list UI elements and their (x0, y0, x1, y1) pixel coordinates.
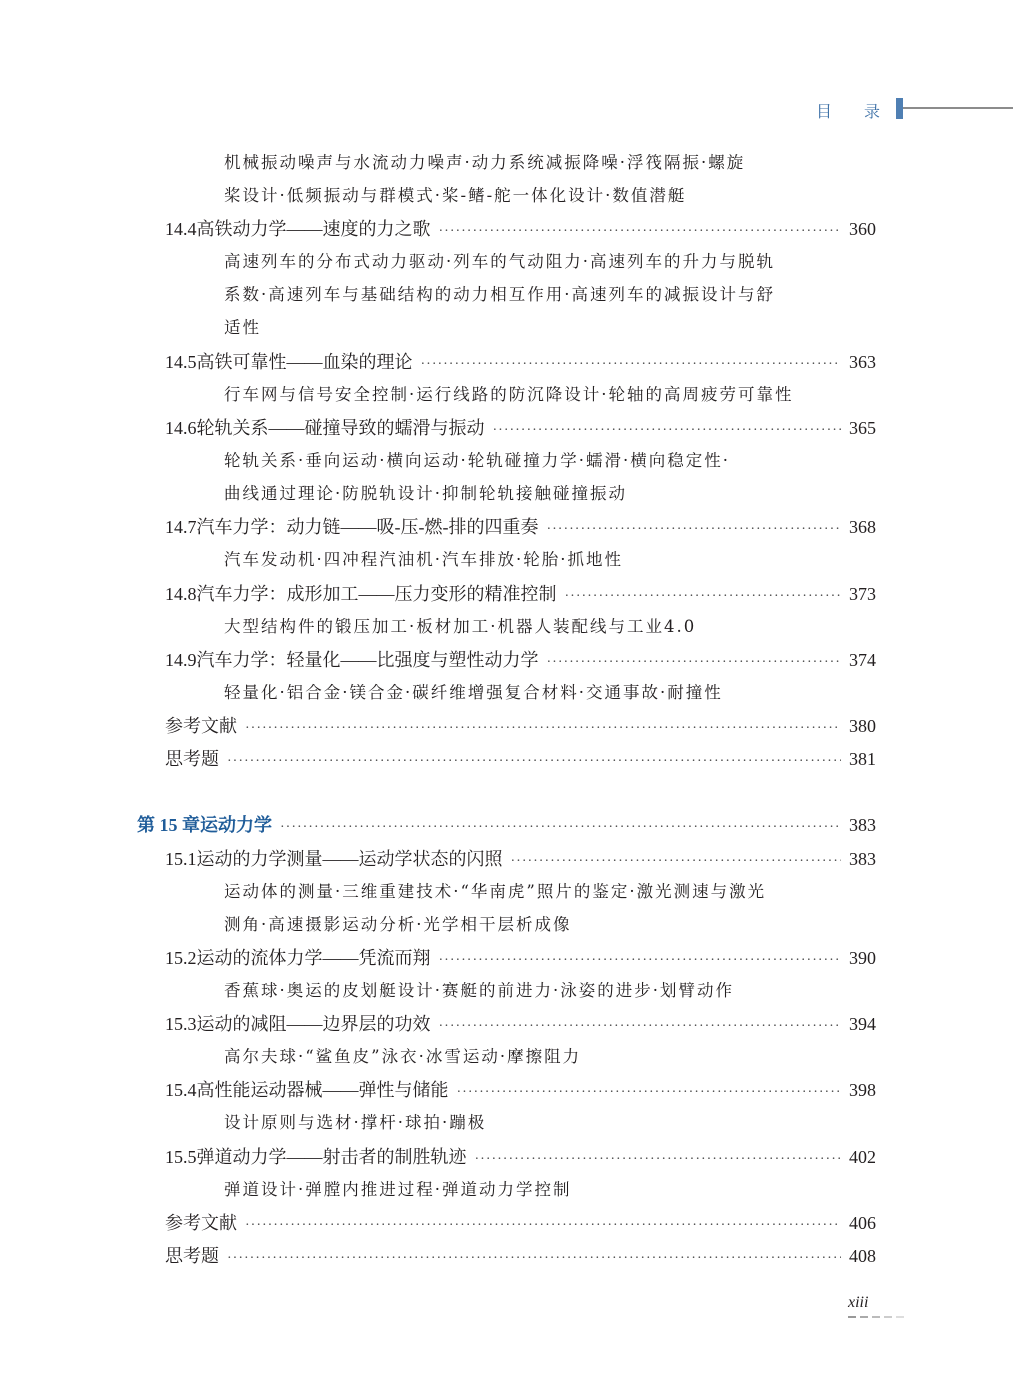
section-title: 参考文献 (165, 714, 245, 738)
leader-dots (245, 1214, 841, 1238)
toc-subtopics: 桨设计·低频振动与群模式·桨-鳍-舵一体化设计·数值潜艇 (224, 184, 686, 208)
leader-dots (439, 949, 842, 973)
page-number: 380 (841, 714, 876, 738)
toc-subtopics: 适性 (224, 316, 261, 340)
section-title: 汽车力学：动力链——吸-压-燃-排的四重奏 (197, 515, 547, 539)
leader-dots (493, 419, 842, 443)
page-number: 373 (841, 582, 876, 606)
running-header: 目 录 (0, 96, 1013, 122)
toc-subtopics: 运动体的测量·三维重建技术·“华南虎”照片的鉴定·激光测速与激光 (224, 880, 766, 904)
page-number: 383 (841, 847, 876, 871)
toc-entry-15-5[interactable]: 15.5 弹道动力学——射击者的制胜轨迹 402 (165, 1145, 876, 1172)
section-title: 高性能运动器械——弹性与储能 (197, 1078, 457, 1102)
page-number: 408 (841, 1244, 876, 1268)
section-number: 14.9 (165, 648, 197, 672)
toc-entry-14-8[interactable]: 14.8 汽车力学：成形加工——压力变形的精准控制 373 (165, 582, 876, 609)
leader-dots (245, 717, 841, 741)
header-title-part2: 录 (864, 99, 880, 122)
page-number: 368 (841, 515, 876, 539)
leader-dots (280, 816, 841, 840)
page-number: 365 (841, 416, 876, 440)
section-title: 参考文献 (165, 1211, 245, 1235)
section-title: 运动的流体力学——凭流而翔 (197, 946, 439, 970)
toc-entry-ch15-references[interactable]: 参考文献 406 (165, 1211, 876, 1238)
section-number: 15.3 (165, 1012, 197, 1036)
toc-subtopics: 曲线通过理论·防脱轨设计·抑制轮轨接触碰撞振动 (224, 482, 627, 506)
section-title: 高铁动力学——速度的力之歌 (197, 217, 439, 241)
toc-subtopics: 系数·高速列车与基础结构的动力相互作用·高速列车的减振设计与舒 (224, 283, 775, 307)
toc-entry-15-2[interactable]: 15.2 运动的流体力学——凭流而翔 390 (165, 946, 876, 973)
section-number: 15.5 (165, 1145, 197, 1169)
section-title: 汽车力学：成形加工——压力变形的精准控制 (197, 582, 565, 606)
toc-subtopics: 设计原则与选材·撑杆·球拍·蹦极 (224, 1111, 486, 1135)
section-number: 14.4 (165, 217, 197, 241)
section-number: 14.6 (165, 416, 197, 440)
leader-dots (439, 1015, 842, 1039)
toc-subtopics: 轻量化·铝合金·镁合金·碳纤维增强复合材料·交通事故·耐撞性 (224, 681, 723, 705)
leader-dots (475, 1148, 842, 1172)
toc-entry-ch14-questions[interactable]: 思考题 381 (165, 747, 876, 774)
page-number: 360 (841, 217, 876, 241)
section-title: 轮轨关系——碰撞导致的蠕滑与振动 (197, 416, 493, 440)
toc-entry-14-9[interactable]: 14.9 汽车力学：轻量化——比强度与塑性动力学 374 (165, 648, 876, 675)
header-rule (903, 107, 1013, 109)
header-accent-bar (896, 98, 903, 119)
page-number: 394 (841, 1012, 876, 1036)
section-number: 14.7 (165, 515, 197, 539)
toc-entry-15-4[interactable]: 15.4 高性能运动器械——弹性与储能 398 (165, 1078, 876, 1105)
leader-dots (547, 651, 842, 675)
toc-subtopics: 高尔夫球·“鲨鱼皮”泳衣·冰雪运动·摩擦阻力 (224, 1045, 581, 1069)
toc-subtopics: 行车网与信号安全控制·运行线路的防沉降设计·轮轴的高周疲劳可靠性 (224, 383, 794, 407)
section-title: 汽车力学：轻量化——比强度与塑性动力学 (197, 648, 547, 672)
section-number: 14.8 (165, 582, 197, 606)
section-title: 高铁可靠性——血染的理论 (197, 350, 421, 374)
folio-decoration (848, 1316, 904, 1318)
toc-entry-ch14-references[interactable]: 参考文献 380 (165, 714, 876, 741)
chapter-number: 第 15 章 (137, 813, 200, 837)
toc-chapter-15[interactable]: 第 15 章 运动力学 383 (137, 813, 876, 840)
section-title: 思考题 (165, 747, 227, 771)
leader-dots (421, 353, 842, 377)
toc-subtopics: 汽车发动机·四冲程汽油机·汽车排放·轮胎·抓地性 (224, 548, 623, 572)
toc-subtopics: 机械振动噪声与水流动力噪声·动力系统减振降噪·浮筏隔振·螺旋 (224, 151, 745, 175)
section-title: 思考题 (165, 1244, 227, 1268)
page-number: 383 (841, 813, 876, 837)
toc-entry-14-4[interactable]: 14.4 高铁动力学——速度的力之歌 360 (165, 217, 876, 244)
toc-entry-15-3[interactable]: 15.3 运动的减阻——边界层的功效 394 (165, 1012, 876, 1039)
section-title: 运动的减阻——边界层的功效 (197, 1012, 439, 1036)
leader-dots (227, 1247, 841, 1271)
leader-dots (546, 518, 841, 542)
section-number: 15.4 (165, 1078, 197, 1102)
page-number: 363 (841, 350, 876, 374)
section-number: 15.2 (165, 946, 197, 970)
chapter-title: 运动力学 (200, 813, 280, 837)
section-number: 14.5 (165, 350, 197, 374)
toc-entry-ch15-questions[interactable]: 思考题 408 (165, 1244, 876, 1271)
page-number: 381 (841, 747, 876, 771)
page-number: 374 (841, 648, 876, 672)
page-number: 390 (841, 946, 876, 970)
toc-subtopics: 高速列车的分布式动力驱动·列车的气动阻力·高速列车的升力与脱轨 (224, 250, 775, 274)
toc-entry-14-5[interactable]: 14.5 高铁可靠性——血染的理论 363 (165, 350, 876, 377)
toc-entry-14-7[interactable]: 14.7 汽车力学：动力链——吸-压-燃-排的四重奏 368 (165, 515, 876, 542)
header-title-part1: 目 (816, 99, 832, 122)
toc-subtopics: 香蕉球·奥运的皮划艇设计·赛艇的前进力·泳姿的进步·划臂动作 (224, 979, 734, 1003)
page-number: 402 (841, 1145, 876, 1169)
leader-dots (227, 750, 841, 774)
section-title: 运动的力学测量——运动学状态的闪照 (197, 847, 511, 871)
leader-dots (439, 220, 842, 244)
section-title: 弹道动力学——射击者的制胜轨迹 (197, 1145, 475, 1169)
leader-dots (565, 585, 842, 609)
toc-entry-14-6[interactable]: 14.6 轮轨关系——碰撞导致的蠕滑与振动 365 (165, 416, 876, 443)
leader-dots (511, 850, 842, 874)
leader-dots (457, 1081, 842, 1105)
toc-subtopics: 轮轨关系·垂向运动·横向运动·轮轨碰撞力学·蠕滑·横向稳定性· (224, 449, 730, 473)
toc-subtopics: 测角·高速摄影运动分析·光学相干层析成像 (224, 913, 572, 937)
toc-subtopics: 弹道设计·弹膛内推进过程·弹道动力学控制 (224, 1178, 572, 1202)
toc-entry-15-1[interactable]: 15.1 运动的力学测量——运动学状态的闪照 383 (165, 847, 876, 874)
toc-subtopics: 大型结构件的锻压加工·板材加工·机器人装配线与工业4.0 (224, 615, 696, 639)
page-number: 398 (841, 1078, 876, 1102)
section-number: 15.1 (165, 847, 197, 871)
page-number: 406 (841, 1211, 876, 1235)
page-folio: xiii (848, 1294, 868, 1312)
